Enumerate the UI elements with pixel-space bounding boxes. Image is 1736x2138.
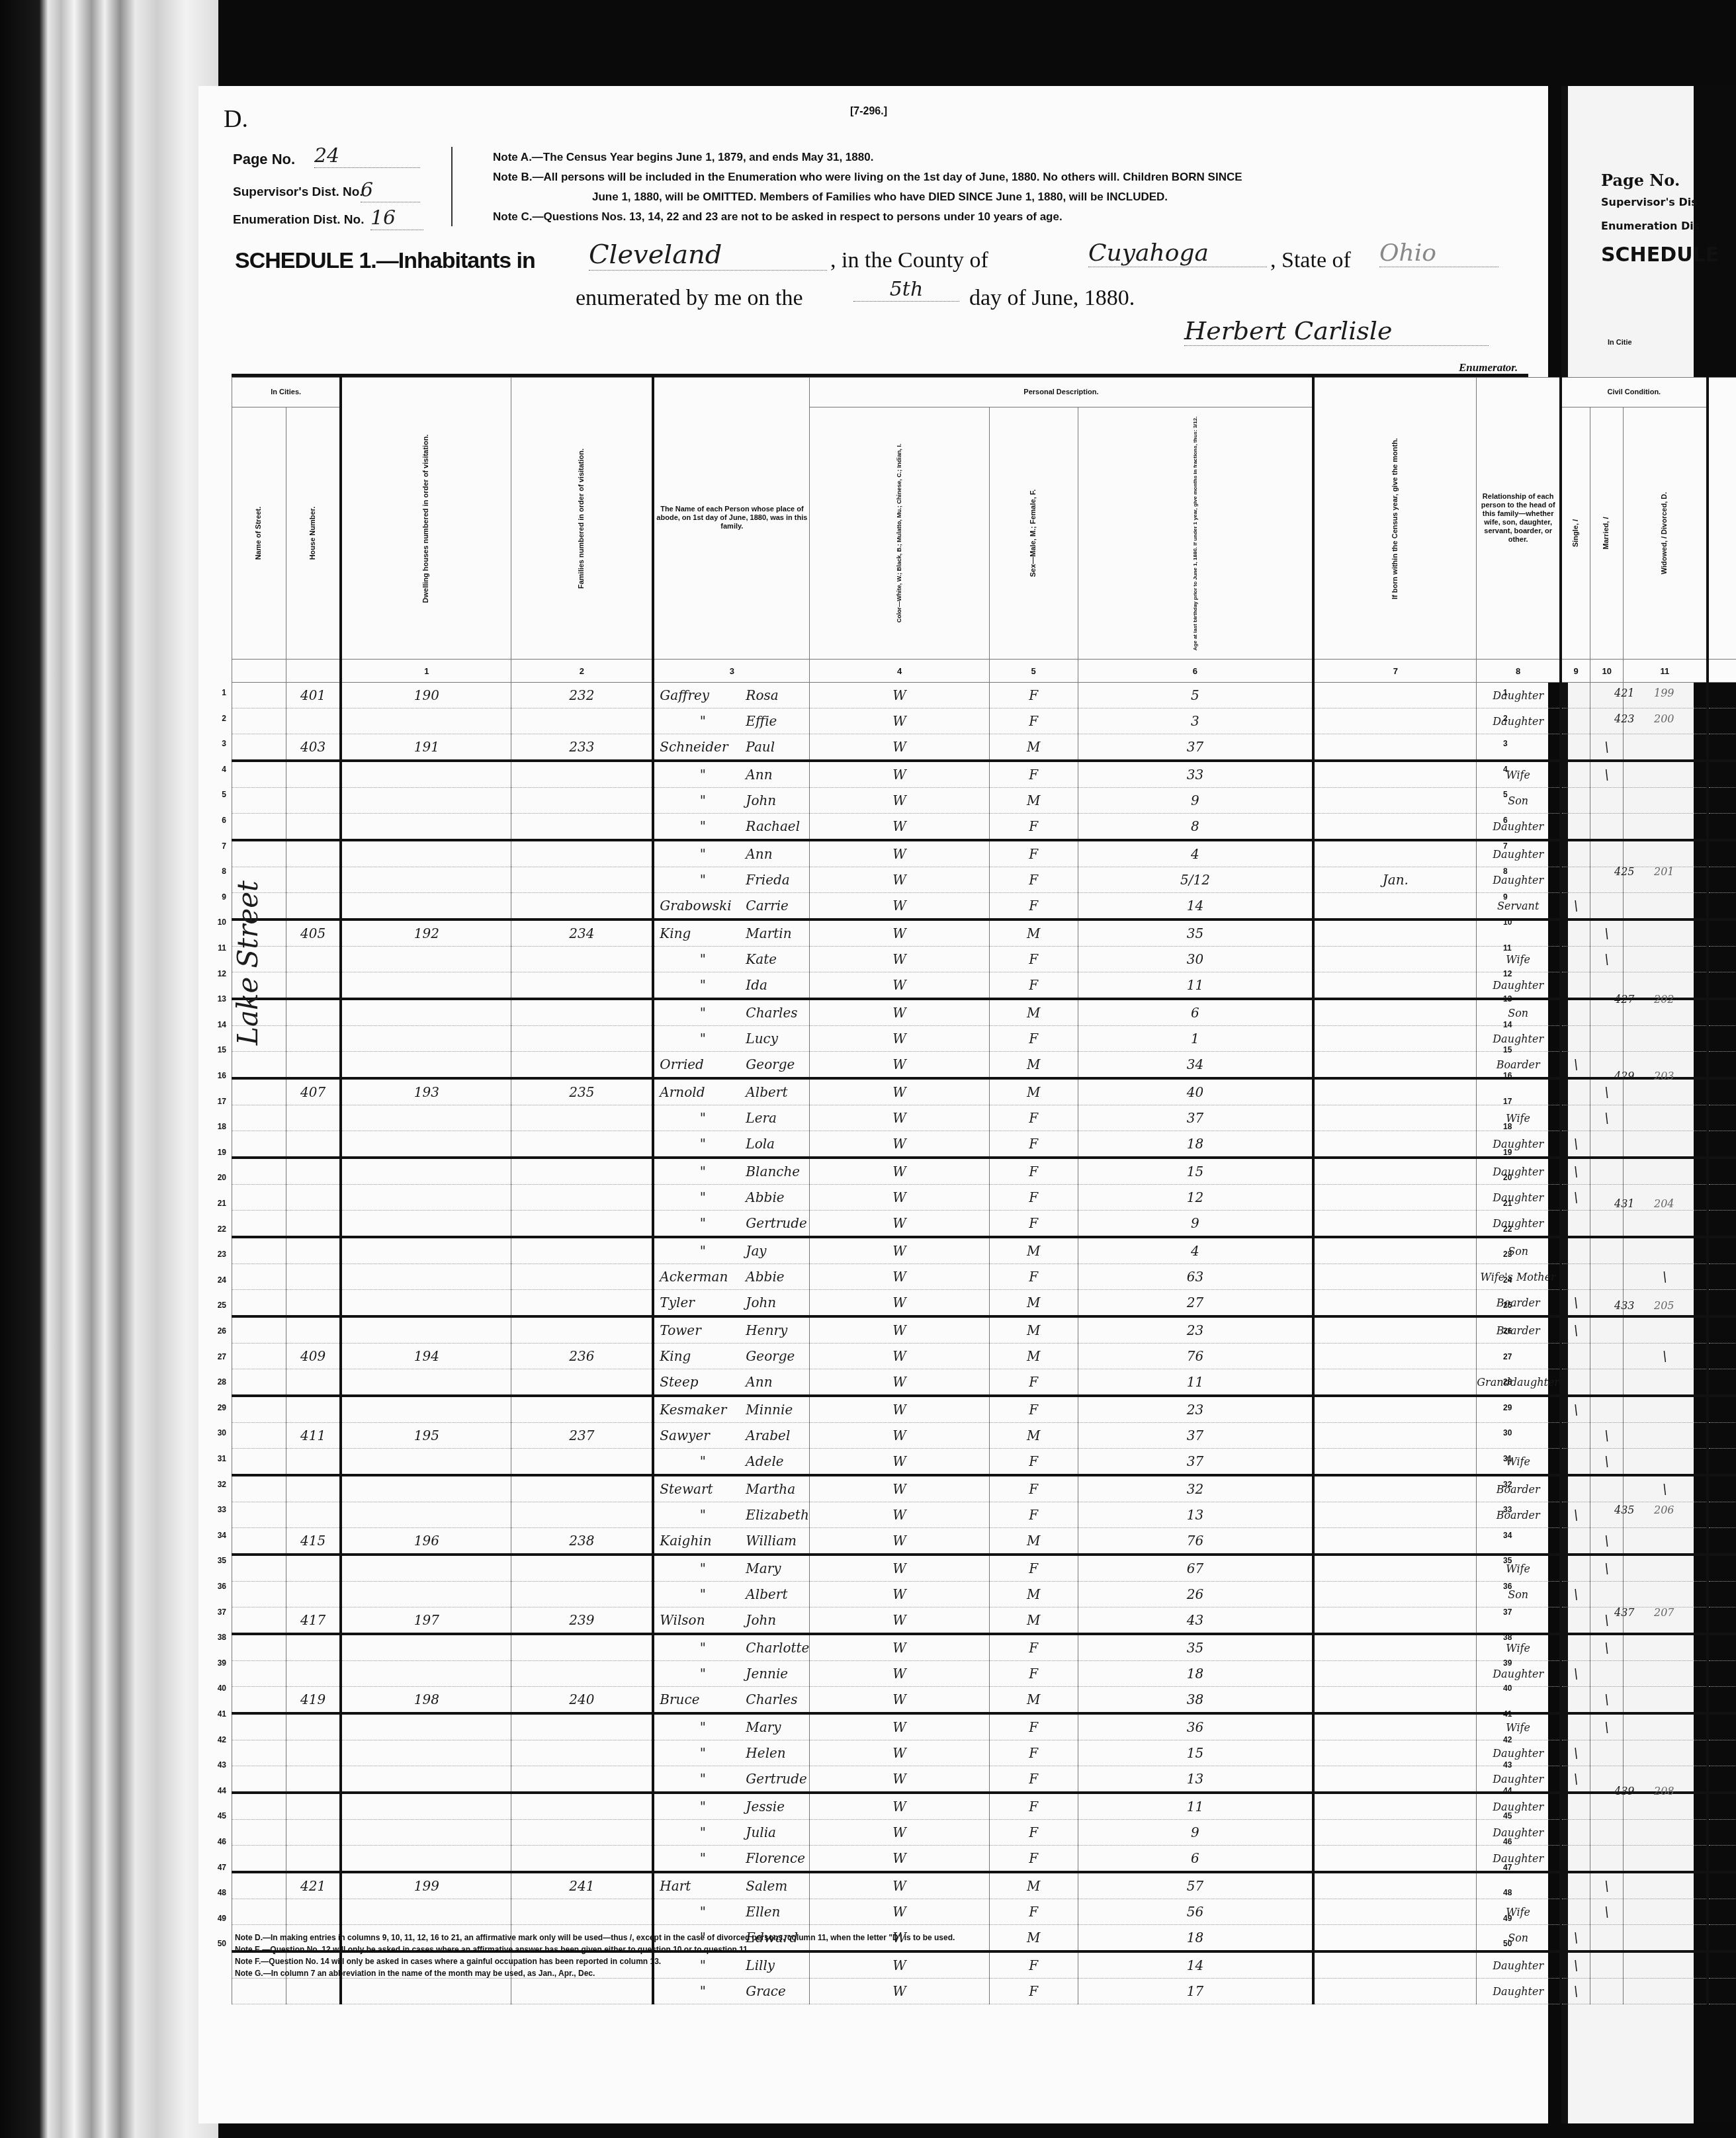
adjacent-house-number: 437: [1614, 1606, 1635, 1619]
cell-mar_year: [1708, 1899, 1736, 1925]
given-name: Adele: [746, 1453, 783, 1469]
adjacent-house-number: 421: [1614, 687, 1635, 699]
adjacent-house-number: 425: [1614, 865, 1635, 878]
cell-mar_year: [1708, 683, 1736, 708]
surname: ": [660, 1453, 746, 1469]
surname: Gaffrey: [660, 687, 746, 703]
cell-married: \: [1590, 1899, 1624, 1925]
cell-family: [511, 1185, 654, 1211]
cell-color: W: [810, 1634, 990, 1661]
cell-widowed: [1624, 761, 1708, 788]
cell-relation: [1477, 1607, 1561, 1635]
cell-family: [511, 999, 654, 1026]
line-number: 9: [213, 892, 226, 902]
line-number: 33: [213, 1505, 226, 1514]
cell-single: [1561, 1793, 1590, 1820]
cell-street: [232, 1846, 286, 1873]
cell-sex: F: [989, 840, 1078, 867]
cell-house: 411: [286, 1423, 341, 1449]
cell-widowed: [1624, 1951, 1708, 1979]
state-label: , State of: [1270, 248, 1351, 273]
cell-dwelling: [341, 708, 511, 734]
surname: Ackerman: [660, 1269, 746, 1285]
cell-family: [511, 1211, 654, 1238]
cell-married: \: [1590, 1423, 1624, 1449]
line-number: 45: [1503, 1811, 1512, 1820]
person-name: "Gertrude: [653, 1766, 810, 1793]
cell-widowed: [1624, 734, 1708, 761]
adjacent-dwelling-number: 203: [1654, 1070, 1674, 1082]
cell-month: [1313, 1872, 1476, 1899]
cell-mar_year: [1708, 1290, 1736, 1317]
person-name: SteepAnn: [653, 1369, 810, 1396]
cell-sex: M: [989, 1607, 1078, 1635]
cell-color: W: [810, 734, 990, 761]
cell-house: [286, 1396, 341, 1423]
cell-married: [1590, 1661, 1624, 1687]
adjacent-dwelling-number: 204: [1654, 1197, 1674, 1210]
person-name: SawyerArabel: [653, 1423, 810, 1449]
cell-widowed: [1624, 1026, 1708, 1052]
cell-married: \: [1590, 1713, 1624, 1740]
cell-dwelling: [341, 1211, 511, 1238]
line-number: 34: [1503, 1531, 1512, 1540]
cell-married: \: [1590, 919, 1624, 947]
cell-house: [286, 1502, 341, 1528]
cell-dwelling: [341, 1264, 511, 1290]
cell-widowed: \: [1624, 1475, 1708, 1502]
cell-month: [1313, 1502, 1476, 1528]
cell-color: W: [810, 1449, 990, 1476]
cell-single: [1561, 1899, 1590, 1925]
cell-age: 36: [1078, 1713, 1313, 1740]
cell-family: [511, 1316, 654, 1344]
cell-color: W: [810, 1105, 990, 1131]
cell-month: [1313, 1713, 1476, 1740]
cell-family: 240: [511, 1687, 654, 1714]
cell-street: [232, 1793, 286, 1820]
cell-widowed: [1624, 1979, 1708, 2004]
cell-relation: Wife: [1477, 761, 1561, 788]
given-name: Florence: [746, 1850, 805, 1866]
line-number: 26: [213, 1326, 226, 1336]
cell-color: W: [810, 840, 990, 867]
cell-mar_year: [1708, 1766, 1736, 1793]
cell-relation: Daughter: [1477, 840, 1561, 867]
cell-age: 8: [1078, 814, 1313, 841]
cell-family: [511, 972, 654, 1000]
cell-age: 26: [1078, 1582, 1313, 1607]
cell-relation: Wife: [1477, 1555, 1561, 1582]
cell-dwelling: [341, 1766, 511, 1793]
given-name: Lera: [746, 1110, 777, 1126]
cell-relation: [1477, 1687, 1561, 1714]
cell-age: 11: [1078, 1793, 1313, 1820]
cell-month: [1313, 1185, 1476, 1211]
table-row: "GraceWF17Daughter\Hair DresserOhioPenn.…: [232, 1979, 1736, 2004]
cell-single: [1561, 1475, 1590, 1502]
cell-month: [1313, 1344, 1476, 1369]
cell-relation: Daughter: [1477, 972, 1561, 1000]
cell-age: 13: [1078, 1766, 1313, 1793]
cell-single: [1561, 788, 1590, 814]
cell-house: [286, 1158, 341, 1185]
cell-dwelling: [341, 814, 511, 841]
cell-street: [232, 1105, 286, 1131]
person-name: "Lera: [653, 1105, 810, 1131]
adjacent-page-no-label: Page No.: [1601, 171, 1680, 190]
surname: ": [660, 1164, 746, 1179]
cell-color: W: [810, 919, 990, 947]
cell-married: [1590, 1925, 1624, 1952]
cell-color: W: [810, 761, 990, 788]
cell-color: W: [810, 1423, 990, 1449]
cell-street: [232, 734, 286, 761]
cell-widowed: [1624, 1211, 1708, 1238]
person-name: "Ellen: [653, 1899, 810, 1925]
cell-color: W: [810, 1237, 990, 1264]
cell-married: \: [1590, 761, 1624, 788]
census-rows: 401190232GaffreyRosaWF5DaughterOhioIrela…: [232, 683, 1736, 2004]
cell-color: W: [810, 1582, 990, 1607]
cell-month: [1313, 1634, 1476, 1661]
line-number: 48: [1503, 1888, 1512, 1897]
cell-single: [1561, 1634, 1590, 1661]
adjacent-house-number: 431: [1614, 1197, 1635, 1210]
cell-color: W: [810, 1661, 990, 1687]
cell-color: W: [810, 1555, 990, 1582]
cell-dwelling: [341, 1105, 511, 1131]
cell-street: [232, 1185, 286, 1211]
cell-street: [232, 1396, 286, 1423]
cell-relation: [1477, 1396, 1561, 1423]
cell-relation: Son: [1477, 788, 1561, 814]
cell-relation: [1477, 1872, 1561, 1899]
cell-color: W: [810, 867, 990, 893]
cell-month: [1313, 1237, 1476, 1264]
cell-single: [1561, 999, 1590, 1026]
given-name: Charlotte: [746, 1640, 809, 1656]
given-name: Jennie: [746, 1666, 788, 1682]
cell-mar_year: [1708, 1369, 1736, 1396]
cell-widowed: [1624, 1582, 1708, 1607]
cell-sex: F: [989, 683, 1078, 708]
cell-month: [1313, 1211, 1476, 1238]
cell-relation: Son: [1477, 1582, 1561, 1607]
adjacent-dwelling-number: 208: [1654, 1785, 1674, 1797]
cell-dwelling: 195: [341, 1423, 511, 1449]
cell-house: [286, 999, 341, 1026]
cell-single: \: [1561, 1925, 1590, 1952]
cell-age: 33: [1078, 761, 1313, 788]
cell-color: W: [810, 1344, 990, 1369]
book-binding-edge: [0, 0, 218, 2138]
adjacent-house-number: 433: [1614, 1299, 1635, 1312]
line-number: 42: [213, 1735, 226, 1744]
cell-house: 409: [286, 1344, 341, 1369]
line-number: 24: [213, 1275, 226, 1285]
cell-house: [286, 1793, 341, 1820]
cell-single: [1561, 919, 1590, 947]
cell-widowed: [1624, 814, 1708, 841]
cell-relation: Daughter: [1477, 1766, 1561, 1793]
cell-married: \: [1590, 1634, 1624, 1661]
enumerated-label: enumerated by me on the: [576, 286, 803, 311]
table-row: "EffieWF3DaughterOhioIrelandIreland: [232, 708, 1736, 734]
cell-dwelling: [341, 1131, 511, 1158]
cell-age: 40: [1078, 1078, 1313, 1105]
cell-married: \: [1590, 947, 1624, 972]
cell-dwelling: [341, 1793, 511, 1820]
cell-family: [511, 1396, 654, 1423]
place-value: Cleveland: [589, 239, 827, 271]
cell-married: \: [1590, 1449, 1624, 1476]
cell-mar_year: [1708, 1872, 1736, 1899]
cell-married: \: [1590, 1528, 1624, 1555]
cell-street: [232, 1872, 286, 1899]
supervisor-dist-label: Supervisor's Dist. No.: [233, 185, 363, 200]
cell-widowed: [1624, 1661, 1708, 1687]
cell-dwelling: 197: [341, 1607, 511, 1635]
cell-single: \: [1561, 893, 1590, 920]
person-name: "Adele: [653, 1449, 810, 1476]
cell-color: W: [810, 1793, 990, 1820]
line-number: 38: [1503, 1633, 1512, 1642]
cell-age: 38: [1078, 1687, 1313, 1714]
cell-dwelling: [341, 1237, 511, 1264]
line-number: 43: [213, 1760, 226, 1770]
cell-sex: F: [989, 1899, 1078, 1925]
cell-month: [1313, 1475, 1476, 1502]
cell-street: [232, 1423, 286, 1449]
cell-sex: F: [989, 1846, 1078, 1873]
cell-month: [1313, 734, 1476, 761]
given-name: Rachael: [746, 818, 800, 834]
cell-color: W: [810, 1396, 990, 1423]
line-number: 46: [213, 1837, 226, 1846]
cell-dwelling: [341, 788, 511, 814]
cell-family: 236: [511, 1344, 654, 1369]
cell-sex: M: [989, 1423, 1078, 1449]
cell-house: [286, 947, 341, 972]
adjacent-supervisor-label: Supervisor's Dis: [1601, 196, 1698, 208]
cell-single: [1561, 1078, 1590, 1105]
cell-sex: M: [989, 1290, 1078, 1317]
cell-month: [1313, 814, 1476, 841]
person-name: "Charlotte: [653, 1634, 810, 1661]
surname: Steep: [660, 1374, 746, 1390]
col-6-header: Age at last birthday prior to June 1, 18…: [1078, 407, 1313, 660]
cell-age: 5: [1078, 683, 1313, 708]
person-name: "Lola: [653, 1131, 810, 1158]
cell-mar_year: [1708, 1820, 1736, 1846]
cell-single: [1561, 1423, 1590, 1449]
given-name: Charles: [746, 1005, 797, 1021]
cell-street: [232, 1820, 286, 1846]
cell-widowed: [1624, 1528, 1708, 1555]
cell-married: \: [1590, 1555, 1624, 1582]
cell-mar_year: [1708, 708, 1736, 734]
cell-single: [1561, 1105, 1590, 1131]
given-name: Charles: [746, 1691, 797, 1707]
cell-family: [511, 1449, 654, 1476]
cell-house: 407: [286, 1078, 341, 1105]
cell-dwelling: [341, 1661, 511, 1687]
cell-house: [286, 761, 341, 788]
cell-month: [1313, 840, 1476, 867]
cell-mar_year: [1708, 1105, 1736, 1131]
cell-month: [1313, 1078, 1476, 1105]
cell-single: \: [1561, 1582, 1590, 1607]
surname: ": [660, 1824, 746, 1840]
line-number: 31: [213, 1454, 226, 1463]
cell-relation: Daughter: [1477, 1661, 1561, 1687]
cell-relation: Granddaughter: [1477, 1369, 1561, 1396]
cell-month: [1313, 947, 1476, 972]
cell-widowed: [1624, 1423, 1708, 1449]
adjacent-house-number: 429: [1614, 1070, 1635, 1082]
adjacent-house-number: 435: [1614, 1504, 1635, 1516]
cell-relation: Wife: [1477, 1449, 1561, 1476]
cell-widowed: [1624, 788, 1708, 814]
cell-mar_year: [1708, 1026, 1736, 1052]
surname: ": [660, 818, 746, 834]
cell-relation: [1477, 1078, 1561, 1105]
cell-color: W: [810, 1078, 990, 1105]
given-name: Paul: [746, 739, 775, 755]
given-name: Mary: [746, 1719, 781, 1735]
given-name: Albert: [746, 1084, 787, 1100]
cell-house: [286, 1899, 341, 1925]
cell-single: [1561, 972, 1590, 1000]
cell-house: [286, 893, 341, 920]
cell-single: [1561, 761, 1590, 788]
cell-street: [232, 788, 286, 814]
line-number: 41: [1503, 1709, 1512, 1719]
cell-family: [511, 1793, 654, 1820]
cell-relation: Daughter: [1477, 1846, 1561, 1873]
cell-family: [511, 1713, 654, 1740]
line-number: 47: [1503, 1863, 1512, 1872]
col-7-header: If born within the Census year, give the…: [1313, 378, 1476, 660]
cell-mar_year: [1708, 893, 1736, 920]
cell-sex: F: [989, 1740, 1078, 1766]
line-number: 1: [213, 688, 226, 697]
cell-dwelling: [341, 1026, 511, 1052]
surname: King: [660, 1348, 746, 1364]
cell-color: W: [810, 708, 990, 734]
cell-street: [232, 1264, 286, 1290]
cell-house: 417: [286, 1607, 341, 1635]
line-number: 35: [213, 1556, 226, 1565]
line-number: 22: [213, 1224, 226, 1234]
cell-dwelling: 199: [341, 1872, 511, 1899]
cell-married: \: [1590, 734, 1624, 761]
given-name: Grace: [746, 1983, 786, 1999]
cell-married: [1590, 1369, 1624, 1396]
cell-widowed: [1624, 1105, 1708, 1131]
given-name: Abbie: [746, 1269, 784, 1285]
line-number: 17: [213, 1097, 226, 1106]
cell-relation: Boarder: [1477, 1316, 1561, 1344]
cell-relation: Daughter: [1477, 1026, 1561, 1052]
col-3-header: The Name of each Person whose place of a…: [653, 378, 810, 660]
cell-sex: M: [989, 1078, 1078, 1105]
cell-dwelling: [341, 999, 511, 1026]
cell-family: [511, 788, 654, 814]
note-c: Note C.—Questions Nos. 13, 14, 22 and 23…: [493, 210, 1063, 224]
cell-mar_year: [1708, 1423, 1736, 1449]
cell-mar_year: [1708, 1607, 1736, 1635]
cell-street: [232, 1634, 286, 1661]
cell-street: [232, 1475, 286, 1502]
cell-house: [286, 1211, 341, 1238]
cell-street: [232, 1607, 286, 1635]
cell-relation: Boarder: [1477, 1052, 1561, 1079]
line-number: 37: [213, 1607, 226, 1617]
cell-family: [511, 1555, 654, 1582]
person-name: KingMartin: [653, 919, 810, 947]
cell-sex: F: [989, 1555, 1078, 1582]
line-number: 5: [1503, 790, 1508, 799]
cell-month: [1313, 1820, 1476, 1846]
cell-single: [1561, 1607, 1590, 1635]
cell-widowed: [1624, 919, 1708, 947]
cell-relation: Daughter: [1477, 1211, 1561, 1238]
cell-mar_year: [1708, 1078, 1736, 1105]
cell-month: [1313, 1766, 1476, 1793]
cell-color: W: [810, 1713, 990, 1740]
cell-married: [1590, 1979, 1624, 2004]
cell-sex: F: [989, 1158, 1078, 1185]
cell-month: [1313, 1316, 1476, 1344]
table-row: "RachaelWF8Daughterat school\PrussiaPrus…: [232, 814, 1736, 841]
person-name: KaighinWilliam: [653, 1528, 810, 1555]
cell-age: 43: [1078, 1607, 1313, 1635]
line-number: 50: [1503, 1939, 1512, 1948]
cell-dwelling: 196: [341, 1528, 511, 1555]
given-name: Arabel: [746, 1428, 790, 1443]
cell-widowed: [1624, 1396, 1708, 1423]
cell-mar_year: [1708, 1634, 1736, 1661]
cell-sex: F: [989, 1820, 1078, 1846]
cell-age: 76: [1078, 1344, 1313, 1369]
cell-sex: F: [989, 1264, 1078, 1290]
cell-house: [286, 1052, 341, 1079]
cell-month: [1313, 1846, 1476, 1873]
line-number: 10: [213, 918, 226, 927]
cell-street: [232, 1687, 286, 1714]
cell-street: [232, 1369, 286, 1396]
line-number: 1: [1503, 688, 1508, 697]
given-name: Lola: [746, 1136, 775, 1152]
line-number: 19: [1503, 1148, 1512, 1157]
surname: Schneider: [660, 739, 746, 755]
cell-house: 421: [286, 1872, 341, 1899]
person-name: "Grace: [653, 1979, 810, 2004]
cell-single: [1561, 683, 1590, 708]
cell-single: [1561, 867, 1590, 893]
cell-mar_year: [1708, 1449, 1736, 1476]
cell-house: 419: [286, 1687, 341, 1714]
table-row: 401190232GaffreyRosaWF5DaughterOhioIrela…: [232, 683, 1736, 708]
cell-color: W: [810, 1316, 990, 1344]
cell-relation: Wife's Mother: [1477, 1264, 1561, 1290]
cell-month: [1313, 999, 1476, 1026]
given-name: Effie: [746, 713, 777, 729]
cell-sex: F: [989, 1979, 1078, 2004]
cell-age: 13: [1078, 1502, 1313, 1528]
